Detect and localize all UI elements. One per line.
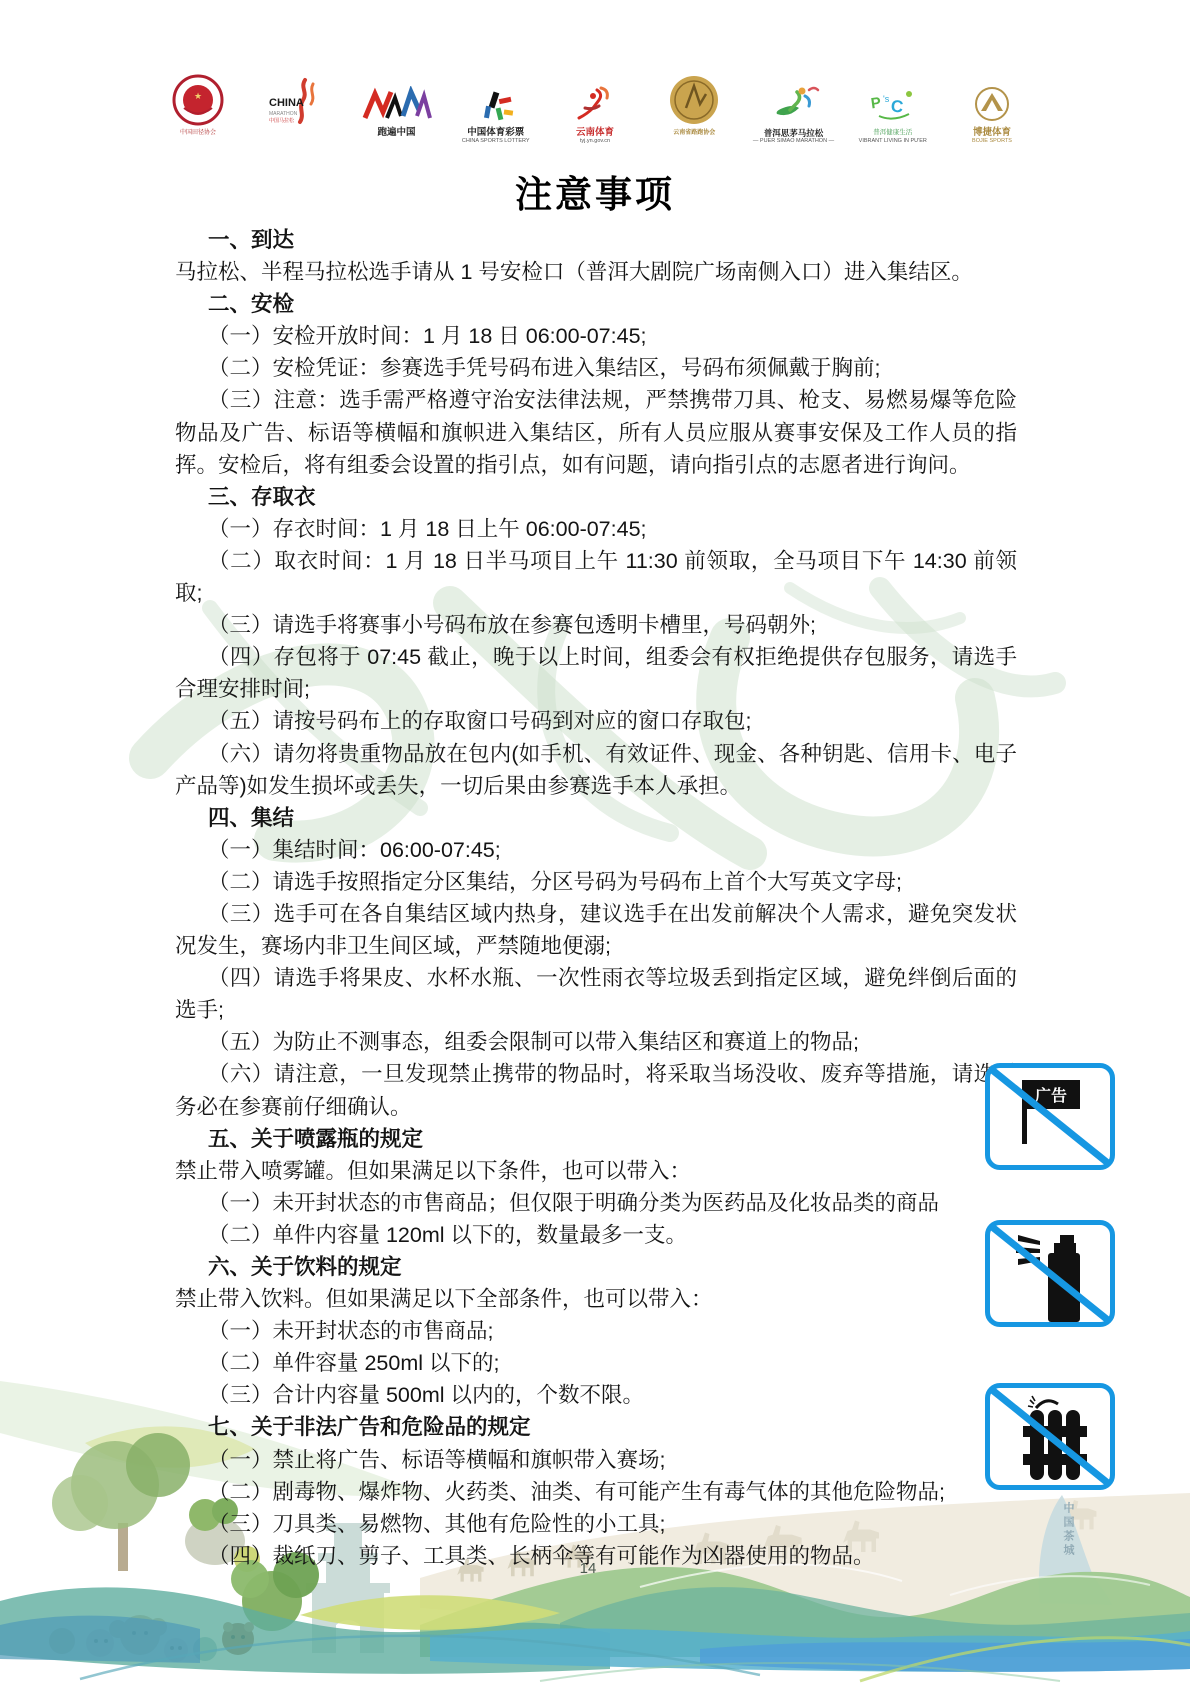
- logo-label: 普洱健康生活: [873, 128, 912, 138]
- notice-item: （一）禁止将广告、标语等横幅和旗帜带入赛场;: [175, 1444, 1017, 1476]
- logo-yunnan-road-running-association: 云南省路跑协会: [646, 76, 742, 138]
- logo-yunnan-sports: 云南体育 tyj.yn.gov.cn: [547, 76, 643, 145]
- notice-item: （三）刀具类、易燃物、其他有危险性的小工具;: [175, 1508, 1017, 1540]
- psc-letters-icon: P 's C: [865, 76, 921, 126]
- sports-lottery-icon: [471, 76, 521, 126]
- notice-item: （三）请选手将赛事小号码布放在参赛包透明卡槽里，号码朝外;: [175, 609, 1017, 641]
- logo-sublabel: VIBRANT LIVING IN PU'ER: [859, 138, 927, 145]
- logo-puer-simao-marathon: 普洱思茅马拉松 — PUER SIMAO MARATHON —: [746, 76, 842, 145]
- logo-label: 中国体育彩票: [467, 128, 524, 138]
- advertisement-banner-label: 广告: [1035, 1086, 1067, 1105]
- notice-item: （一）未开封状态的市售商品;: [175, 1315, 1017, 1347]
- notice-item: （一）集结时间：06:00-07:45;: [175, 834, 1017, 866]
- logo-label: 云南省路跑协会: [673, 128, 715, 138]
- svg-text:MARATHON: MARATHON: [269, 111, 298, 117]
- logo-china-sports-lottery: 中国体育彩票 CHINA SPORTS LOTTERY: [448, 76, 544, 145]
- athletics-association-badge-icon: ★: [172, 76, 224, 126]
- page-number: 14: [548, 1560, 628, 1577]
- section-heading: 三、存取衣: [175, 481, 1017, 513]
- logo-chinese-athletics-association: ★ 中国田径协会: [150, 76, 246, 138]
- logo-sublabel: BOJIE SPORTS: [972, 138, 1012, 145]
- svg-text:中国马拉松: 中国马拉松: [269, 117, 295, 124]
- section-heading: 五、关于喷露瓶的规定: [175, 1123, 1017, 1155]
- notice-item: （四）请选手将果皮、水杯水瓶、一次性雨衣等垃圾丢到指定区域，避免绊倒后面的选手;: [175, 962, 1017, 1026]
- notice-item: （四）存包将于 07:45 截止，晚于以上时间，组委会有权拒绝提供存包服务，请选…: [175, 641, 1017, 705]
- yunnan-sports-runner-icon: [567, 76, 623, 126]
- gold-badge-icon: [668, 76, 720, 126]
- notice-item: （一）存衣时间：1 月 18 日上午 06:00-07:45;: [175, 513, 1017, 545]
- run-across-china-icon: [361, 76, 433, 126]
- sponsor-logo-row: ★ 中国田径协会 CHINA MARATHON 中国马拉松: [150, 76, 1040, 145]
- monument-inscription: 中国茶城: [1060, 1502, 1076, 1558]
- notice-item: （二）单件内容量 120ml 以下的，数量最多一支。: [175, 1219, 1017, 1251]
- logo-label: 普洱思茅马拉松: [764, 128, 824, 138]
- notice-item: （五）请按号码布上的存取窗口号码到对应的窗口存取包;: [175, 705, 1017, 737]
- section-heading: 四、集结: [175, 802, 1017, 834]
- page-title: 注意事项: [0, 164, 1190, 218]
- notice-item: （六）请注意，一旦发现禁止携带的物品时，将采取当场没收、废弃等措施，请选手务必在…: [175, 1058, 1017, 1122]
- notice-intro: 禁止带入饮料。但如果满足以下全部条件，也可以带入：: [175, 1283, 1017, 1315]
- notice-item: （二）剧毒物、爆炸物、火药类、油类、有可能产生有毒气体的其他危险物品;: [175, 1476, 1017, 1508]
- document-page: ★ 中国田径协会 CHINA MARATHON 中国马拉松: [0, 0, 1190, 1683]
- logo-label: 中国田径协会: [180, 128, 216, 138]
- section-heading: 二、安检: [175, 288, 1017, 320]
- notice-item: （一）未开封状态的市售商品；但仅限于明确分类为医药品及化妆品类的商品: [175, 1187, 1017, 1219]
- notice-item: （二）安检凭证：参赛选手凭号码布进入集结区，号码布须佩戴于胸前;: [175, 352, 1017, 384]
- logo-pao-bian-zhongguo: 跑遍中国: [349, 76, 445, 138]
- notice-item: （六）请勿将贵重物品放在包内(如手机、有效证件、现金、各种钥匙、信用卡、电子产品…: [175, 738, 1017, 802]
- notice-item: （一）安检开放时间：1 月 18 日 06:00-07:45;: [175, 320, 1017, 352]
- logo-bojie-sports: 博捷体育 BOJIE SPORTS: [944, 76, 1040, 145]
- logo-puer-healthy-living: P 's C 普洱健康生活 VIBRANT LIVING IN PU'ER: [845, 76, 941, 145]
- notice-body: 一、到达 马拉松、半程马拉松选手请从 1 号安检口（普洱大剧院广场南侧入口）进入…: [175, 224, 1017, 1572]
- notice-item: （三）选手可在各自集结区域内热身，建议选手在出发前解决个人需求，避免突发状况发生…: [175, 898, 1017, 962]
- bojie-diamond-icon: [970, 76, 1014, 126]
- notice-item: （三）注意：选手需严格遵守治安法律法规，严禁携带刀具、枪支、易燃易爆等危险物品及…: [175, 384, 1017, 480]
- section-heading: 一、到达: [175, 224, 1017, 256]
- notice-paragraph: 马拉松、半程马拉松选手请从 1 号安检口（普洱大剧院广场南侧入口）进入集结区。: [175, 256, 1017, 288]
- prohibition-icon-no-spray-can: [985, 1220, 1115, 1327]
- svg-text:C: C: [890, 96, 904, 116]
- prohibition-icon-no-explosives: [985, 1383, 1115, 1490]
- logo-label: 跑遍中国: [377, 128, 415, 138]
- svg-text:'s: 's: [883, 94, 890, 104]
- section-heading: 六、关于饮料的规定: [175, 1251, 1017, 1283]
- svg-text:P: P: [870, 94, 882, 112]
- china-marathon-runner-icon: CHINA MARATHON 中国马拉松: [267, 76, 327, 126]
- notice-intro: 禁止带入喷雾罐。但如果满足以下条件，也可以带入：: [175, 1155, 1017, 1187]
- logo-sublabel: — PUER SIMAO MARATHON —: [753, 138, 834, 145]
- notice-item: （二）取衣时间：1 月 18 日半马项目上午 11:30 前领取，全马项目下午 …: [175, 545, 1017, 609]
- logo-sublabel: tyj.yn.gov.cn: [580, 138, 610, 145]
- notice-item: （五）为防止不测事态，组委会限制可以带入集结区和赛道上的物品;: [175, 1026, 1017, 1058]
- logo-china-marathon: CHINA MARATHON 中国马拉松: [249, 76, 345, 126]
- svg-text:★: ★: [194, 91, 202, 101]
- section-heading: 七、关于非法广告和危险品的规定: [175, 1411, 1017, 1443]
- puer-marathon-runner-icon: [763, 76, 825, 126]
- logo-sublabel: CHINA SPORTS LOTTERY: [462, 138, 530, 145]
- prohibition-icon-no-advertisement: 广告: [985, 1063, 1115, 1170]
- notice-item: （三）合计内容量 500ml 以内的，个数不限。: [175, 1379, 1017, 1411]
- logo-label: 博捷体育: [973, 128, 1011, 138]
- notice-item: （二）请选手按照指定分区集结，分区号码为号码布上首个大写英文字母;: [175, 866, 1017, 898]
- svg-text:CHINA: CHINA: [269, 97, 304, 109]
- notice-item: （二）单件容量 250ml 以下的;: [175, 1347, 1017, 1379]
- logo-label: 云南体育: [576, 128, 614, 138]
